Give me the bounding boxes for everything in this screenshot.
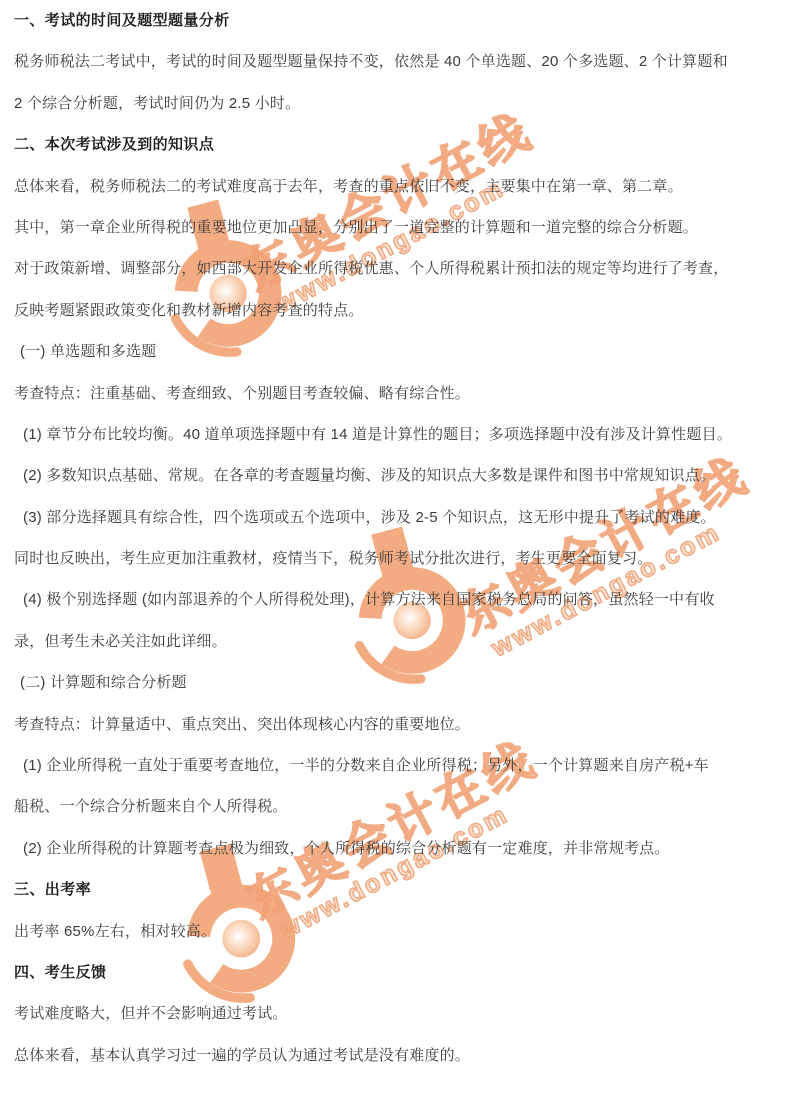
paragraph-line: 考查特点：注重基础、考查细致、个别题目考查较偏、略有综合性。: [14, 373, 781, 414]
list-item: (3) 部分选择题具有综合性，四个选项或五个选项中，涉及 2-5 个知识点，这无…: [14, 497, 781, 538]
subsection-heading: (一) 单选题和多选题: [14, 331, 781, 372]
paragraph-line: 2 个综合分析题，考试时间仍为 2.5 小时。: [14, 83, 781, 124]
document-body: 一、考试的时间及题型题量分析 税务师税法二考试中，考试的时间及题型题量保持不变，…: [0, 0, 793, 1101]
section-heading-3: 三、出考率: [14, 869, 781, 910]
paragraph-line: 考查特点：计算量适中、重点突出、突出体现核心内容的重要地位。: [14, 704, 781, 745]
section-heading-2: 二、本次考试涉及到的知识点: [14, 124, 781, 165]
subsection-heading: (二) 计算题和综合分析题: [14, 662, 781, 703]
paragraph-line: 其中，第一章企业所得税的重要地位更加凸显，分别出了一道完整的计算题和一道完整的综…: [14, 207, 781, 248]
section-heading-1: 一、考试的时间及题型题量分析: [14, 0, 781, 41]
paragraph-line: 同时也反映出，考生应更加注重教材，疫情当下，税务师考试分批次进行，考生更要全面复…: [14, 538, 781, 579]
paragraph-line: 录，但考生未必关注如此详细。: [14, 621, 781, 662]
paragraph-line: 总体来看，基本认真学习过一遍的学员认为通过考试是没有难度的。: [14, 1035, 781, 1076]
list-item: (4) 极个别选择题 (如内部退养的个人所得税处理)，计算方法来自国家税务总局的…: [14, 579, 781, 620]
paragraph-line: 船税、一个综合分析题来自个人所得税。: [14, 786, 781, 827]
list-item: (2) 多数知识点基础、常规。在各章的考查题量均衡、涉及的知识点大多数是课件和图…: [14, 455, 781, 496]
section-heading-4: 四、考生反馈: [14, 952, 781, 993]
list-item: (1) 企业所得税一直处于重要考查地位，一半的分数来自企业所得税；另外，一个计算…: [14, 745, 781, 786]
paragraph-line: 出考率 65%左右，相对较高。: [14, 911, 781, 952]
paragraph-line: 总体来看，税务师税法二的考试难度高于去年，考查的重点依旧不变，主要集中在第一章、…: [14, 166, 781, 207]
paragraph-line: 反映考题紧跟政策变化和教材新增内容考查的特点。: [14, 290, 781, 331]
list-item: (2) 企业所得税的计算题考查点极为细致，个人所得税的综合分析题有一定难度，并非…: [14, 828, 781, 869]
paragraph-line: 考试难度略大，但并不会影响通过考试。: [14, 993, 781, 1034]
document-page: 东奥会计在线 www.dongao.com 东奥会计在线 www.dongao.…: [0, 0, 793, 1101]
paragraph-line: 税务师税法二考试中，考试的时间及题型题量保持不变，依然是 40 个单选题、20 …: [14, 41, 781, 82]
list-item: (1) 章节分布比较均衡。40 道单项选择题中有 14 道是计算性的题目；多项选…: [14, 414, 781, 455]
paragraph-line: 对于政策新增、调整部分，如西部大开发企业所得税优惠、个人所得税累计预扣法的规定等…: [14, 248, 781, 289]
